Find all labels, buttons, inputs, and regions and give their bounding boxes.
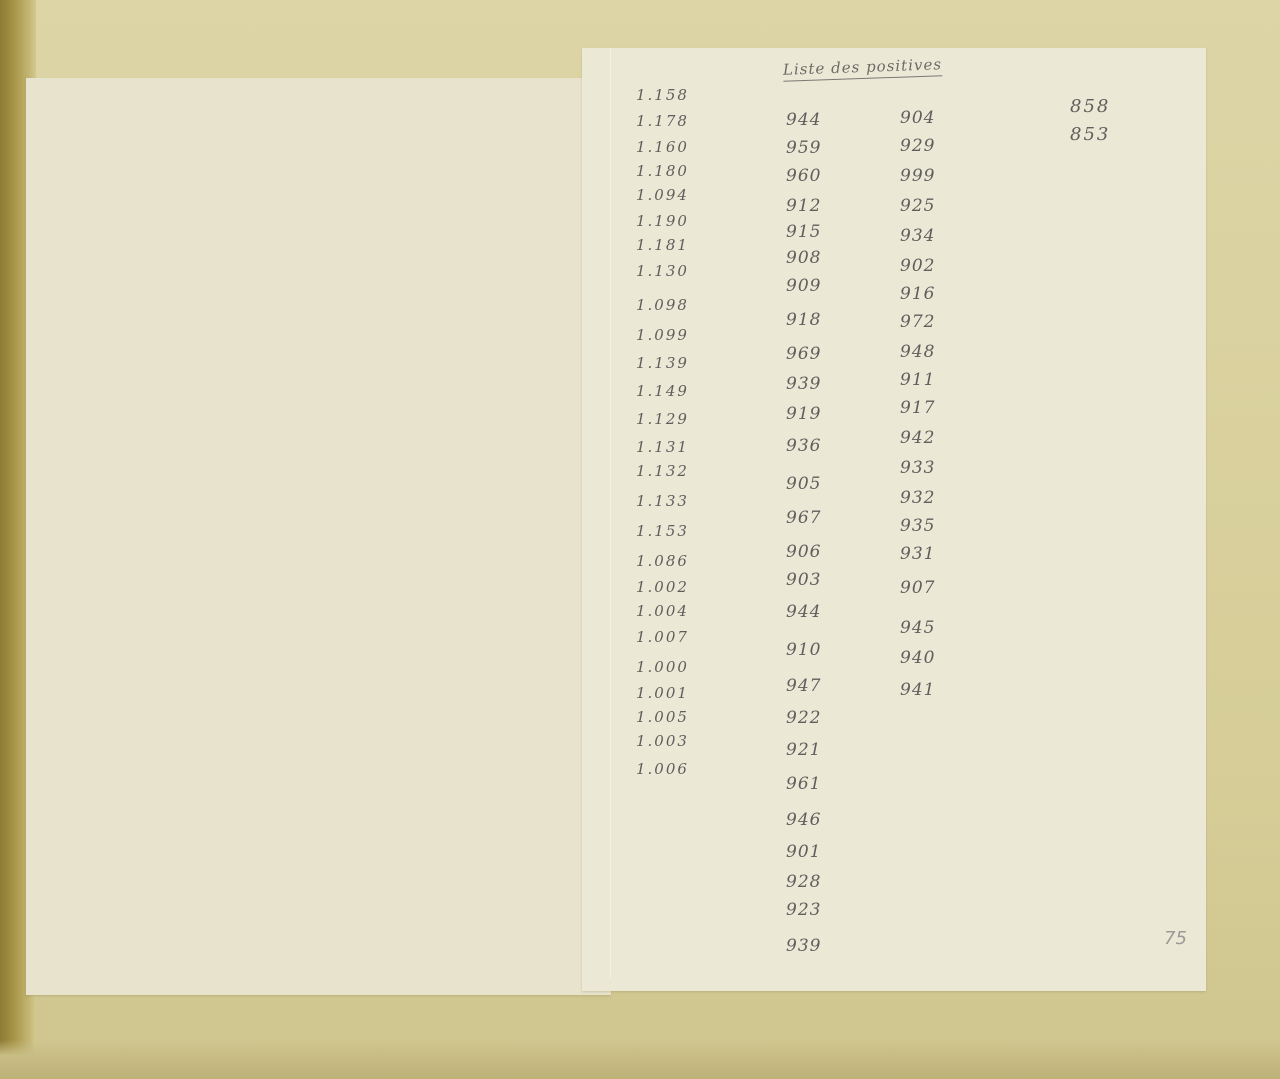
list-entry: 948 — [900, 342, 935, 362]
list-entry: 944 — [786, 110, 821, 130]
list-entry: 946 — [786, 810, 821, 830]
list-entry: 911 — [900, 370, 935, 390]
list-entry: 928 — [786, 872, 821, 892]
list-entry: 922 — [786, 708, 821, 728]
list-entry: 972 — [900, 312, 935, 332]
page-number: 75 — [1164, 928, 1187, 949]
list-entry: 933 — [900, 458, 935, 478]
list-entry: 919 — [786, 404, 821, 424]
list-entry: 905 — [786, 474, 821, 494]
list-entry: 910 — [786, 640, 821, 660]
list-entry: 1.000 — [636, 658, 689, 676]
list-entry: 917 — [900, 398, 935, 418]
list-entry: 999 — [900, 166, 935, 186]
list-entry: 901 — [786, 842, 821, 862]
list-entry: 923 — [786, 900, 821, 920]
list-entry: 1.003 — [636, 732, 689, 750]
list-entry: 939 — [786, 374, 821, 394]
list-entry: 1.001 — [636, 684, 689, 702]
list-entry: 1.160 — [636, 138, 689, 156]
list-entry: 902 — [900, 256, 935, 276]
list-entry: 925 — [900, 196, 935, 216]
list-entry: 921 — [786, 740, 821, 760]
list-entry: 1.086 — [636, 552, 689, 570]
list-entry: 907 — [900, 578, 935, 598]
list-entry: 1.002 — [636, 578, 689, 596]
list-entry: 944 — [786, 602, 821, 622]
list-entry: 853 — [1070, 124, 1110, 145]
list-entry: 1.094 — [636, 186, 689, 204]
list-entry: 939 — [786, 936, 821, 956]
list-entry: 1.149 — [636, 382, 689, 400]
list-entry: 935 — [900, 516, 935, 536]
list-entry: 969 — [786, 344, 821, 364]
list-entry: 916 — [900, 284, 935, 304]
list-entry: 967 — [786, 508, 821, 528]
list-entry: 918 — [786, 310, 821, 330]
list-entry: 1.004 — [636, 602, 689, 620]
list-entry: 945 — [900, 618, 935, 638]
list-entry: 1.132 — [636, 462, 689, 480]
mount-board-edge — [0, 1040, 1280, 1079]
list-entry: 915 — [786, 222, 821, 242]
list-entry: 1.190 — [636, 212, 689, 230]
list-entry: 1.178 — [636, 112, 689, 130]
list-entry: 909 — [786, 276, 821, 296]
list-entry: 940 — [900, 648, 935, 668]
list-entry: 1.181 — [636, 236, 689, 254]
list-entry: 934 — [900, 226, 935, 246]
list-entry: 1.133 — [636, 492, 689, 510]
list-entry: 1.180 — [636, 162, 689, 180]
sheet-fold-line — [610, 48, 611, 978]
list-entry: 1.007 — [636, 628, 689, 646]
list-entry: 1.130 — [636, 262, 689, 280]
list-entry: 961 — [786, 774, 821, 794]
list-entry: 912 — [786, 196, 821, 216]
list-entry: 1.153 — [636, 522, 689, 540]
list-entry: 1.158 — [636, 86, 689, 104]
list-entry: 929 — [900, 136, 935, 156]
list-entry: 960 — [786, 166, 821, 186]
list-entry: 942 — [900, 428, 935, 448]
list-entry: 903 — [786, 570, 821, 590]
list-entry: 1.139 — [636, 354, 689, 372]
list-entry: 1.099 — [636, 326, 689, 344]
list-entry: 931 — [900, 544, 935, 564]
list-entry: 1.005 — [636, 708, 689, 726]
list-entry: 908 — [786, 248, 821, 268]
list-entry: 1.129 — [636, 410, 689, 428]
blank-left-sheet — [26, 78, 611, 995]
list-entry: 959 — [786, 138, 821, 158]
list-entry: 936 — [786, 436, 821, 456]
list-entry: 858 — [1070, 96, 1110, 117]
list-entry: 1.098 — [636, 296, 689, 314]
list-entry: 1.131 — [636, 438, 689, 456]
list-entry: 947 — [786, 676, 821, 696]
list-entry: 932 — [900, 488, 935, 508]
list-entry: 904 — [900, 108, 935, 128]
list-entry: 941 — [900, 680, 935, 700]
list-entry: 1.006 — [636, 760, 689, 778]
list-entry: 906 — [786, 542, 821, 562]
